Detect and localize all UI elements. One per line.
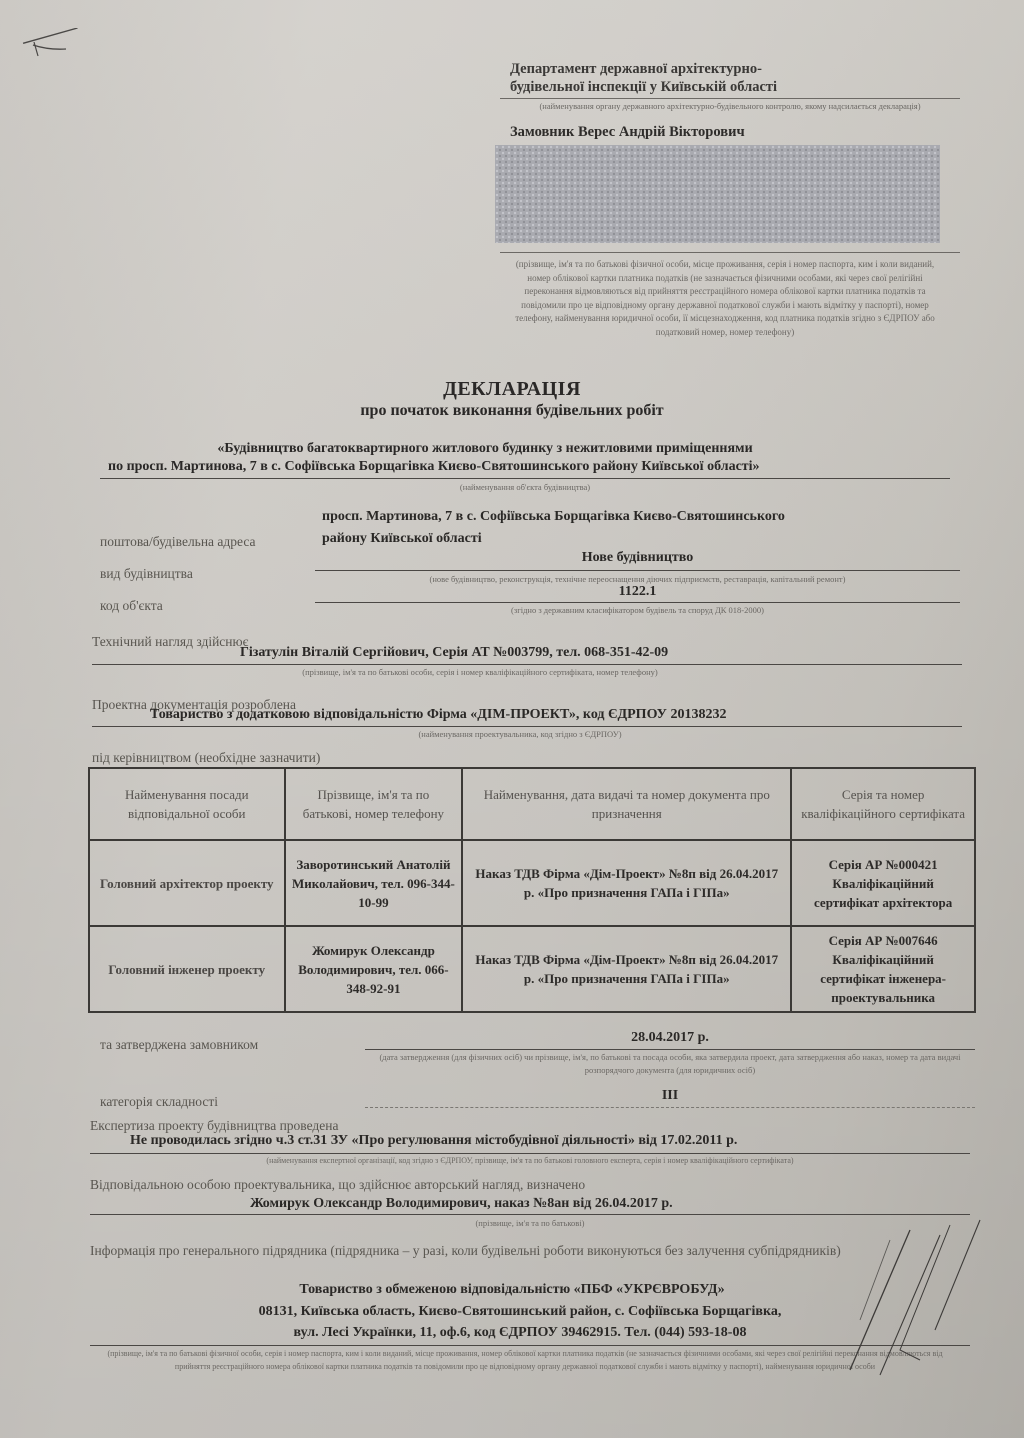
address-label: поштова/будівельна адреса bbox=[100, 534, 256, 550]
header-person: Прізвище, ім'я та по батькові, номер тел… bbox=[285, 768, 463, 840]
customer-name: Замовник Верес Андрій Вікторович bbox=[510, 124, 745, 141]
project-doc-underline bbox=[92, 726, 962, 727]
department-block: Департамент державної архітектурно- буді… bbox=[510, 60, 950, 96]
header-document: Найменування, дата видачі та номер докум… bbox=[462, 768, 791, 840]
expertise-underline bbox=[90, 1153, 970, 1154]
tech-supervision-hint: (прізвище, ім'я та по батькові особи, се… bbox=[180, 666, 780, 679]
customer-hint: (прізвище, ім'я та по батькові фізичної … bbox=[505, 258, 945, 339]
row-certificate: Серія АР №000421 Кваліфікаційний сертифі… bbox=[791, 840, 975, 926]
object-underline bbox=[100, 478, 950, 479]
project-doc-hint: (найменування проектувальника, код згідн… bbox=[300, 728, 740, 741]
object-name-line-1: «Будівництво багатоквартирного житлового… bbox=[100, 440, 870, 458]
table-row: Головний архітектор проекту Заворотинськ… bbox=[89, 840, 975, 926]
construction-type-value: Нове будівництво bbox=[315, 550, 960, 566]
table-row: Головний інженер проекту Жомирук Олексан… bbox=[89, 926, 975, 1012]
pen-checkmark-icon bbox=[18, 28, 78, 58]
customer-underline bbox=[500, 252, 960, 253]
approval-label: та затверджена замовником bbox=[100, 1037, 258, 1053]
tech-supervision-value: Гізатулін Віталій Сергійович, Серія АТ №… bbox=[240, 645, 668, 661]
expertise-value: Не проводилась згідно ч.3 ст.31 ЗУ «Про … bbox=[130, 1133, 737, 1149]
contractor-address-line-1: 08131, Київська область, Києво-Святошинс… bbox=[160, 1304, 880, 1320]
contractor-underline bbox=[90, 1345, 970, 1346]
project-doc-value: Товариство з додатковою відповідальністю… bbox=[150, 707, 726, 723]
department-underline bbox=[500, 98, 960, 99]
complexity-underline bbox=[365, 1107, 975, 1108]
author-supervision-value: Жомирук Олександр Володимирович, наказ №… bbox=[250, 1196, 673, 1212]
approval-value: 28.04.2017 р. bbox=[365, 1030, 975, 1046]
approval-hint: (дата затвердження (для фізичних осіб) ч… bbox=[365, 1051, 975, 1077]
approval-underline bbox=[365, 1049, 975, 1050]
row-position: Головний архітектор проекту bbox=[89, 840, 285, 926]
complexity-value: III bbox=[365, 1088, 975, 1104]
document-subtitle: про початок виконання будівельних робіт bbox=[0, 402, 1024, 420]
contractor-address-line-2: вул. Лесі Українки, 11, оф.6, код ЄДРПОУ… bbox=[160, 1325, 880, 1341]
expertise-hint: (найменування експертної організації, ко… bbox=[90, 1155, 970, 1167]
object-code-value: 1122.1 bbox=[315, 584, 960, 600]
table-header-row: Найменування посади відповідальної особи… bbox=[89, 768, 975, 840]
construction-type-label: вид будівництва bbox=[100, 566, 193, 582]
row-certificate: Серія АР №007646 Кваліфікаційний сертифі… bbox=[791, 926, 975, 1012]
row-position: Головний інженер проекту bbox=[89, 926, 285, 1012]
object-hint: (найменування об'єкта будівництва) bbox=[100, 481, 950, 494]
object-code-label: код об'єкта bbox=[100, 598, 163, 614]
object-code-hint: (згідно з державним класифікатором будів… bbox=[315, 604, 960, 617]
contractor-hint: (прізвище, ім'я та по батькові фізичної … bbox=[90, 1347, 960, 1373]
department-line-1: Департамент державної архітектурно- bbox=[510, 60, 950, 78]
redacted-personal-data bbox=[495, 145, 940, 243]
tech-supervision-label: Технічний нагляд здійснює bbox=[92, 634, 248, 650]
row-document: Наказ ТДВ Фірма «Дім-Проект» №8п від 26.… bbox=[462, 840, 791, 926]
signature-icon bbox=[840, 1210, 1000, 1380]
row-person: Заворотинський Анатолій Миколайович, тел… bbox=[285, 840, 463, 926]
header-position: Найменування посади відповідальної особи bbox=[89, 768, 285, 840]
construction-type-underline bbox=[315, 570, 960, 571]
object-name-line-2: по просп. Мартинова, 7 в с. Софіївська Б… bbox=[108, 459, 760, 475]
expertise-label: Експертиза проекту будівництва проведена bbox=[90, 1118, 338, 1134]
complexity-label: категорія складності bbox=[100, 1094, 218, 1110]
contractor-label: Інформація про генерального підрядника (… bbox=[90, 1240, 960, 1261]
row-person: Жомирук Олександр Володимирович, тел. 06… bbox=[285, 926, 463, 1012]
author-supervision-label: Відповідальною особою проектувальника, щ… bbox=[90, 1177, 585, 1193]
address-line-1: просп. Мартинова, 7 в с. Софіївська Борщ… bbox=[322, 509, 785, 525]
author-supervision-hint: (прізвище, ім'я та по батькові) bbox=[90, 1217, 970, 1230]
author-supervision-underline bbox=[90, 1214, 970, 1215]
header-certificate: Серія та номер кваліфікаційного сертифік… bbox=[791, 768, 975, 840]
document-title: ДЕКЛАРАЦІЯ bbox=[0, 378, 1024, 401]
object-code-underline bbox=[315, 602, 960, 603]
department-hint: (найменування органу державного архітект… bbox=[500, 100, 960, 113]
responsible-persons-table: Найменування посади відповідальної особи… bbox=[88, 767, 976, 1013]
leadership-label: під керівництвом (необхідне зазначити) bbox=[92, 750, 320, 766]
row-document: Наказ ТДВ Фірма «Дім-Проект» №8п від 26.… bbox=[462, 926, 791, 1012]
address-line-2: району Київської області bbox=[322, 531, 482, 547]
department-line-2: будівельної інспекції у Київській област… bbox=[510, 78, 950, 96]
tech-supervision-underline bbox=[92, 664, 962, 665]
